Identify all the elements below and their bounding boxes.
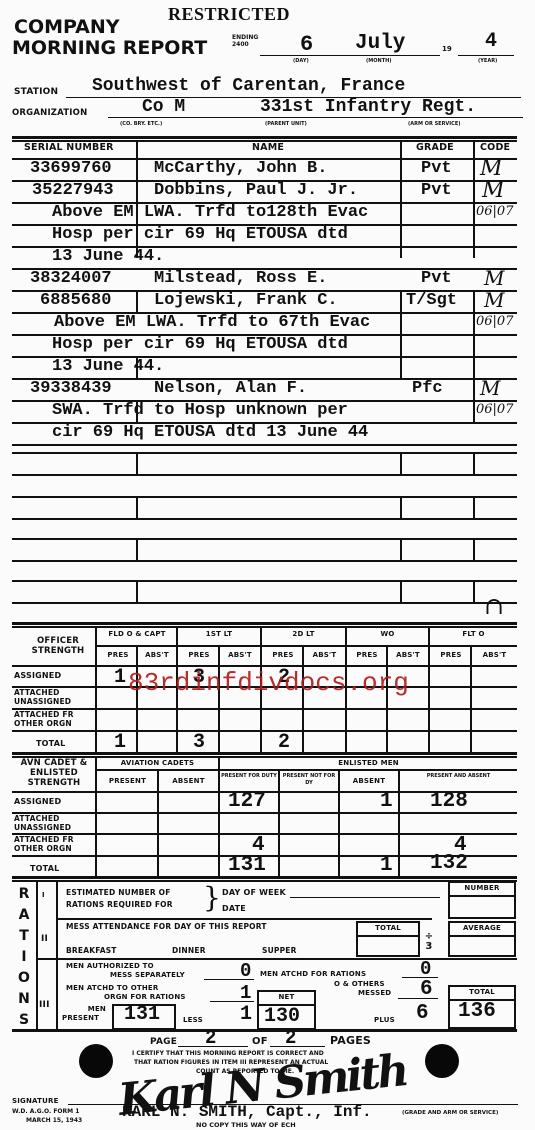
row-label-total: TOTAL: [36, 739, 65, 748]
header-grade: GRADE: [416, 142, 454, 153]
plus-label: PLUS: [374, 1016, 395, 1024]
year-caption: (YEAR): [478, 58, 497, 64]
subhead-abst: ABS'T: [388, 651, 428, 659]
subhead-cadet-present: PRESENT: [98, 777, 157, 785]
mess-separately-label-line2: MESS SEPARATELY: [110, 971, 185, 979]
remark-line: cir 69 Hq ETOUSA dtd 13 June 44: [52, 423, 368, 442]
atchd-rations-label: MEN ATCHD FOR RATIONS: [260, 970, 366, 978]
subhead-abst: ABS'T: [138, 651, 176, 659]
member-code: M: [484, 288, 504, 312]
report-month: July: [355, 32, 405, 55]
officer-group-1st-lt: 1ST LT: [178, 630, 260, 638]
officer-total-1lt-pres: 3: [193, 731, 205, 754]
row-label-attached-unassigned: ATTACHED UNASSIGNED: [14, 688, 86, 706]
classification-label: RESTRICTED: [168, 4, 290, 25]
mess-separately-label-line1: MEN AUTHORIZED TO: [66, 962, 154, 970]
ending-label: ENDING 2400: [232, 34, 260, 48]
enlisted-total-present-duty: 131: [228, 854, 266, 877]
report-day: 6: [300, 32, 313, 57]
officer-total-fld-pres: 1: [114, 731, 126, 754]
ration-total-label: TOTAL: [450, 988, 514, 996]
signature-label: SIGNATURE: [12, 1097, 59, 1105]
others-messed-label-line1: O & OTHERS: [334, 980, 385, 988]
men-present-label-line2: PRESENT: [62, 1014, 99, 1022]
enlisted-assigned-absent: 1: [380, 790, 393, 813]
header-serial-number: SERIAL NUMBER: [24, 142, 114, 153]
member-grade: Pfc: [412, 379, 443, 398]
header-code: CODE: [480, 142, 510, 153]
report-year: 4: [485, 30, 497, 53]
rations-side-label: RATIONS: [18, 884, 30, 1031]
morning-report-page: RESTRICTED COMPANY MORNING REPORT ENDING…: [0, 0, 535, 1130]
plus-value: 6: [416, 1002, 429, 1025]
remark-code: 06|07: [476, 402, 513, 417]
supper-label: SUPPER: [262, 946, 297, 955]
enlisted-strength-title: AVN CADET & ENLISTED STRENGTH: [18, 758, 90, 788]
group-aviation-cadets: AVIATION CADETS: [97, 759, 218, 767]
mess-attendance-label: MESS ATTENDANCE FOR DAY OF THIS REPORT: [66, 922, 267, 931]
number-label: NUMBER: [450, 884, 514, 892]
enlisted-total-present-absent: 132: [430, 852, 468, 875]
serial-number: 35227943: [32, 181, 114, 200]
member-code: M: [480, 376, 500, 400]
ration-estimate-label-line1: ESTIMATED NUMBER OF: [66, 888, 171, 897]
year-prefix: 19: [442, 45, 452, 53]
net-value: 130: [264, 1005, 300, 1028]
subhead-pres: PRES: [432, 651, 470, 659]
company-caption: (CO. BRY. ETC.): [120, 121, 162, 127]
officer-strength-title: OFFICER STRENGTH: [26, 636, 90, 656]
serial-number: 39338439: [30, 379, 112, 398]
organization-label: ORGANIZATION: [12, 108, 87, 118]
member-grade: Pvt: [421, 181, 452, 200]
form-title-line1: COMPANY: [14, 16, 120, 38]
subhead-present-and-absent: PRESENT AND ABSENT: [400, 773, 517, 780]
serial-number: 6885680: [40, 291, 111, 310]
men-present-value: 131: [124, 1003, 160, 1026]
member-grade: Pvt: [421, 159, 452, 178]
net-label: NET: [259, 993, 314, 1001]
remark-line: Hosp per cir 69 Hq ETOUSA dtd: [52, 335, 348, 354]
section-ii-numeral: II: [41, 934, 48, 944]
officer-group-2d-lt: 2D LT: [262, 630, 345, 638]
enlisted-assigned-present-absent: 128: [430, 790, 468, 813]
serial-number: 33699760: [30, 159, 112, 178]
subhead-present-not-for-duty: PRESENT NOT FOR DY: [280, 773, 338, 787]
row-label-attached-unassigned: ATTACHED UNASSIGNED: [14, 814, 86, 832]
mess-total-label: TOTAL: [358, 924, 418, 932]
enlisted-assigned-present-duty: 127: [228, 790, 266, 813]
remark-line: Hosp per cir 69 Hq ETOUSA dtd: [52, 225, 348, 244]
section-iii-numeral: III: [39, 1000, 50, 1010]
form-title-line2: MORNING REPORT: [12, 37, 207, 59]
member-name: Milstead, Ross E.: [154, 269, 327, 288]
ration-total-value: 136: [458, 1000, 496, 1023]
subhead-pres: PRES: [264, 651, 302, 659]
member-grade: Pvt: [421, 269, 452, 288]
remark-line: Above EM LWA. Trfd to128th Evac: [52, 203, 368, 222]
stray-pen-mark: ∩: [484, 592, 504, 620]
remark-line: 13 June 44.: [52, 357, 164, 376]
month-caption: (MONTH): [366, 58, 392, 64]
of-label: OF: [252, 1036, 268, 1047]
member-name: Dobbins, Paul J. Jr.: [154, 181, 358, 200]
subhead-abst: ABS'T: [472, 651, 517, 659]
member-name: Lojewski, Frank C.: [154, 291, 338, 310]
others-messed-label-line2: MESSED: [358, 989, 391, 997]
punch-hole-left: [79, 1044, 113, 1078]
pages-label: PAGES: [330, 1034, 371, 1047]
breakfast-label: BREAKFAST: [66, 946, 117, 955]
subhead-cadet-absent: ABSENT: [159, 777, 218, 785]
page-label: PAGE: [150, 1037, 177, 1047]
remark-code: 06|07: [476, 204, 513, 219]
date-label: DATE: [222, 904, 246, 913]
remark-line: SWA. Trfd to Hosp unknown per: [52, 401, 348, 420]
atchd-other-label-line1: MEN ATCHD TO OTHER: [66, 984, 158, 992]
officer-group-fld-capt: FLD O & CAPT: [98, 630, 176, 638]
parent-unit-caption: (PARENT UNIT): [265, 121, 307, 127]
dinner-label: DINNER: [172, 946, 206, 955]
men-present-label-line1: MEN: [66, 1005, 106, 1013]
arm-caption: (ARM OR SERVICE): [408, 121, 461, 127]
atchd-other-label-line2: ORGN FOR RATIONS: [104, 993, 186, 1001]
signer-name-grade: KARL N. SMITH, Capt., Inf.: [122, 1103, 372, 1121]
no-copy-note: NO COPY THIS WAY OF ECH: [196, 1121, 296, 1129]
subhead-present-for-duty: PRESENT FOR DUTY: [220, 773, 278, 780]
subhead-pres: PRES: [100, 651, 136, 659]
signer-caption: (GRADE AND ARM OR SERVICE): [402, 1110, 498, 1116]
group-enlisted-men: ENLISTED MEN: [220, 759, 517, 767]
serial-number: 38324007: [30, 269, 112, 288]
day-of-week-label: DAY OF WEEK: [222, 888, 286, 897]
row-label-assigned: ASSIGNED: [14, 671, 61, 680]
station-label: STATION: [14, 87, 58, 97]
subhead-enlisted-absent: ABSENT: [340, 777, 398, 785]
remark-line: 13 June 44.: [52, 247, 164, 266]
form-id-line1: W.D. A.G.O. FORM 1: [12, 1108, 79, 1115]
less-value: 1: [240, 1003, 252, 1026]
row-label-total: TOTAL: [30, 864, 59, 873]
enlisted-total-absent: 1: [380, 854, 393, 877]
form-id-line2: MARCH 15, 1943: [26, 1117, 82, 1124]
station-value: Southwest of Carentan, France: [92, 76, 405, 96]
average-label: AVERAGE: [450, 924, 514, 932]
officer-total-2lt-pres: 2: [278, 731, 290, 754]
brace-icon: }: [203, 884, 221, 912]
row-label-attached-other: ATTACHED FR OTHER ORGN: [14, 710, 90, 728]
member-code: M: [482, 178, 505, 203]
punch-hole-right: [425, 1044, 459, 1078]
officer-assigned-fld-pres: 1: [114, 666, 126, 689]
organization-parent-unit: 331st Infantry Regt.: [260, 97, 476, 117]
subhead-pres: PRES: [180, 651, 218, 659]
member-name: McCarthy, John B.: [154, 159, 327, 178]
day-caption: (DAY): [293, 58, 309, 64]
officer-group-wo: WO: [347, 630, 428, 638]
section-i-numeral: I: [42, 891, 45, 899]
subhead-pres: PRES: [348, 651, 386, 659]
less-label: LESS: [183, 1016, 203, 1024]
organization-company: Co M: [142, 97, 185, 117]
member-name: Nelson, Alan F.: [154, 379, 307, 398]
officer-group-flt-o: FLT O: [430, 630, 517, 638]
member-code: M: [484, 266, 504, 290]
row-label-attached-other: ATTACHED FR OTHER ORGN: [14, 835, 90, 853]
subhead-abst: ABS'T: [220, 651, 260, 659]
remark-code: 06|07: [476, 314, 513, 329]
row-label-assigned: ASSIGNED: [14, 797, 61, 806]
subhead-abst: ABS'T: [304, 651, 345, 659]
member-grade: T/Sgt: [406, 291, 457, 310]
ration-estimate-label-line2: RATIONS REQUIRED FOR: [66, 900, 173, 909]
watermark: 83rdinfdivdocs.org: [128, 668, 409, 698]
divide-by-three-label: ÷ 3: [423, 932, 435, 952]
remark-line: Above EM LWA. Trfd to 67th Evac: [54, 313, 370, 332]
header-name: NAME: [252, 142, 284, 153]
